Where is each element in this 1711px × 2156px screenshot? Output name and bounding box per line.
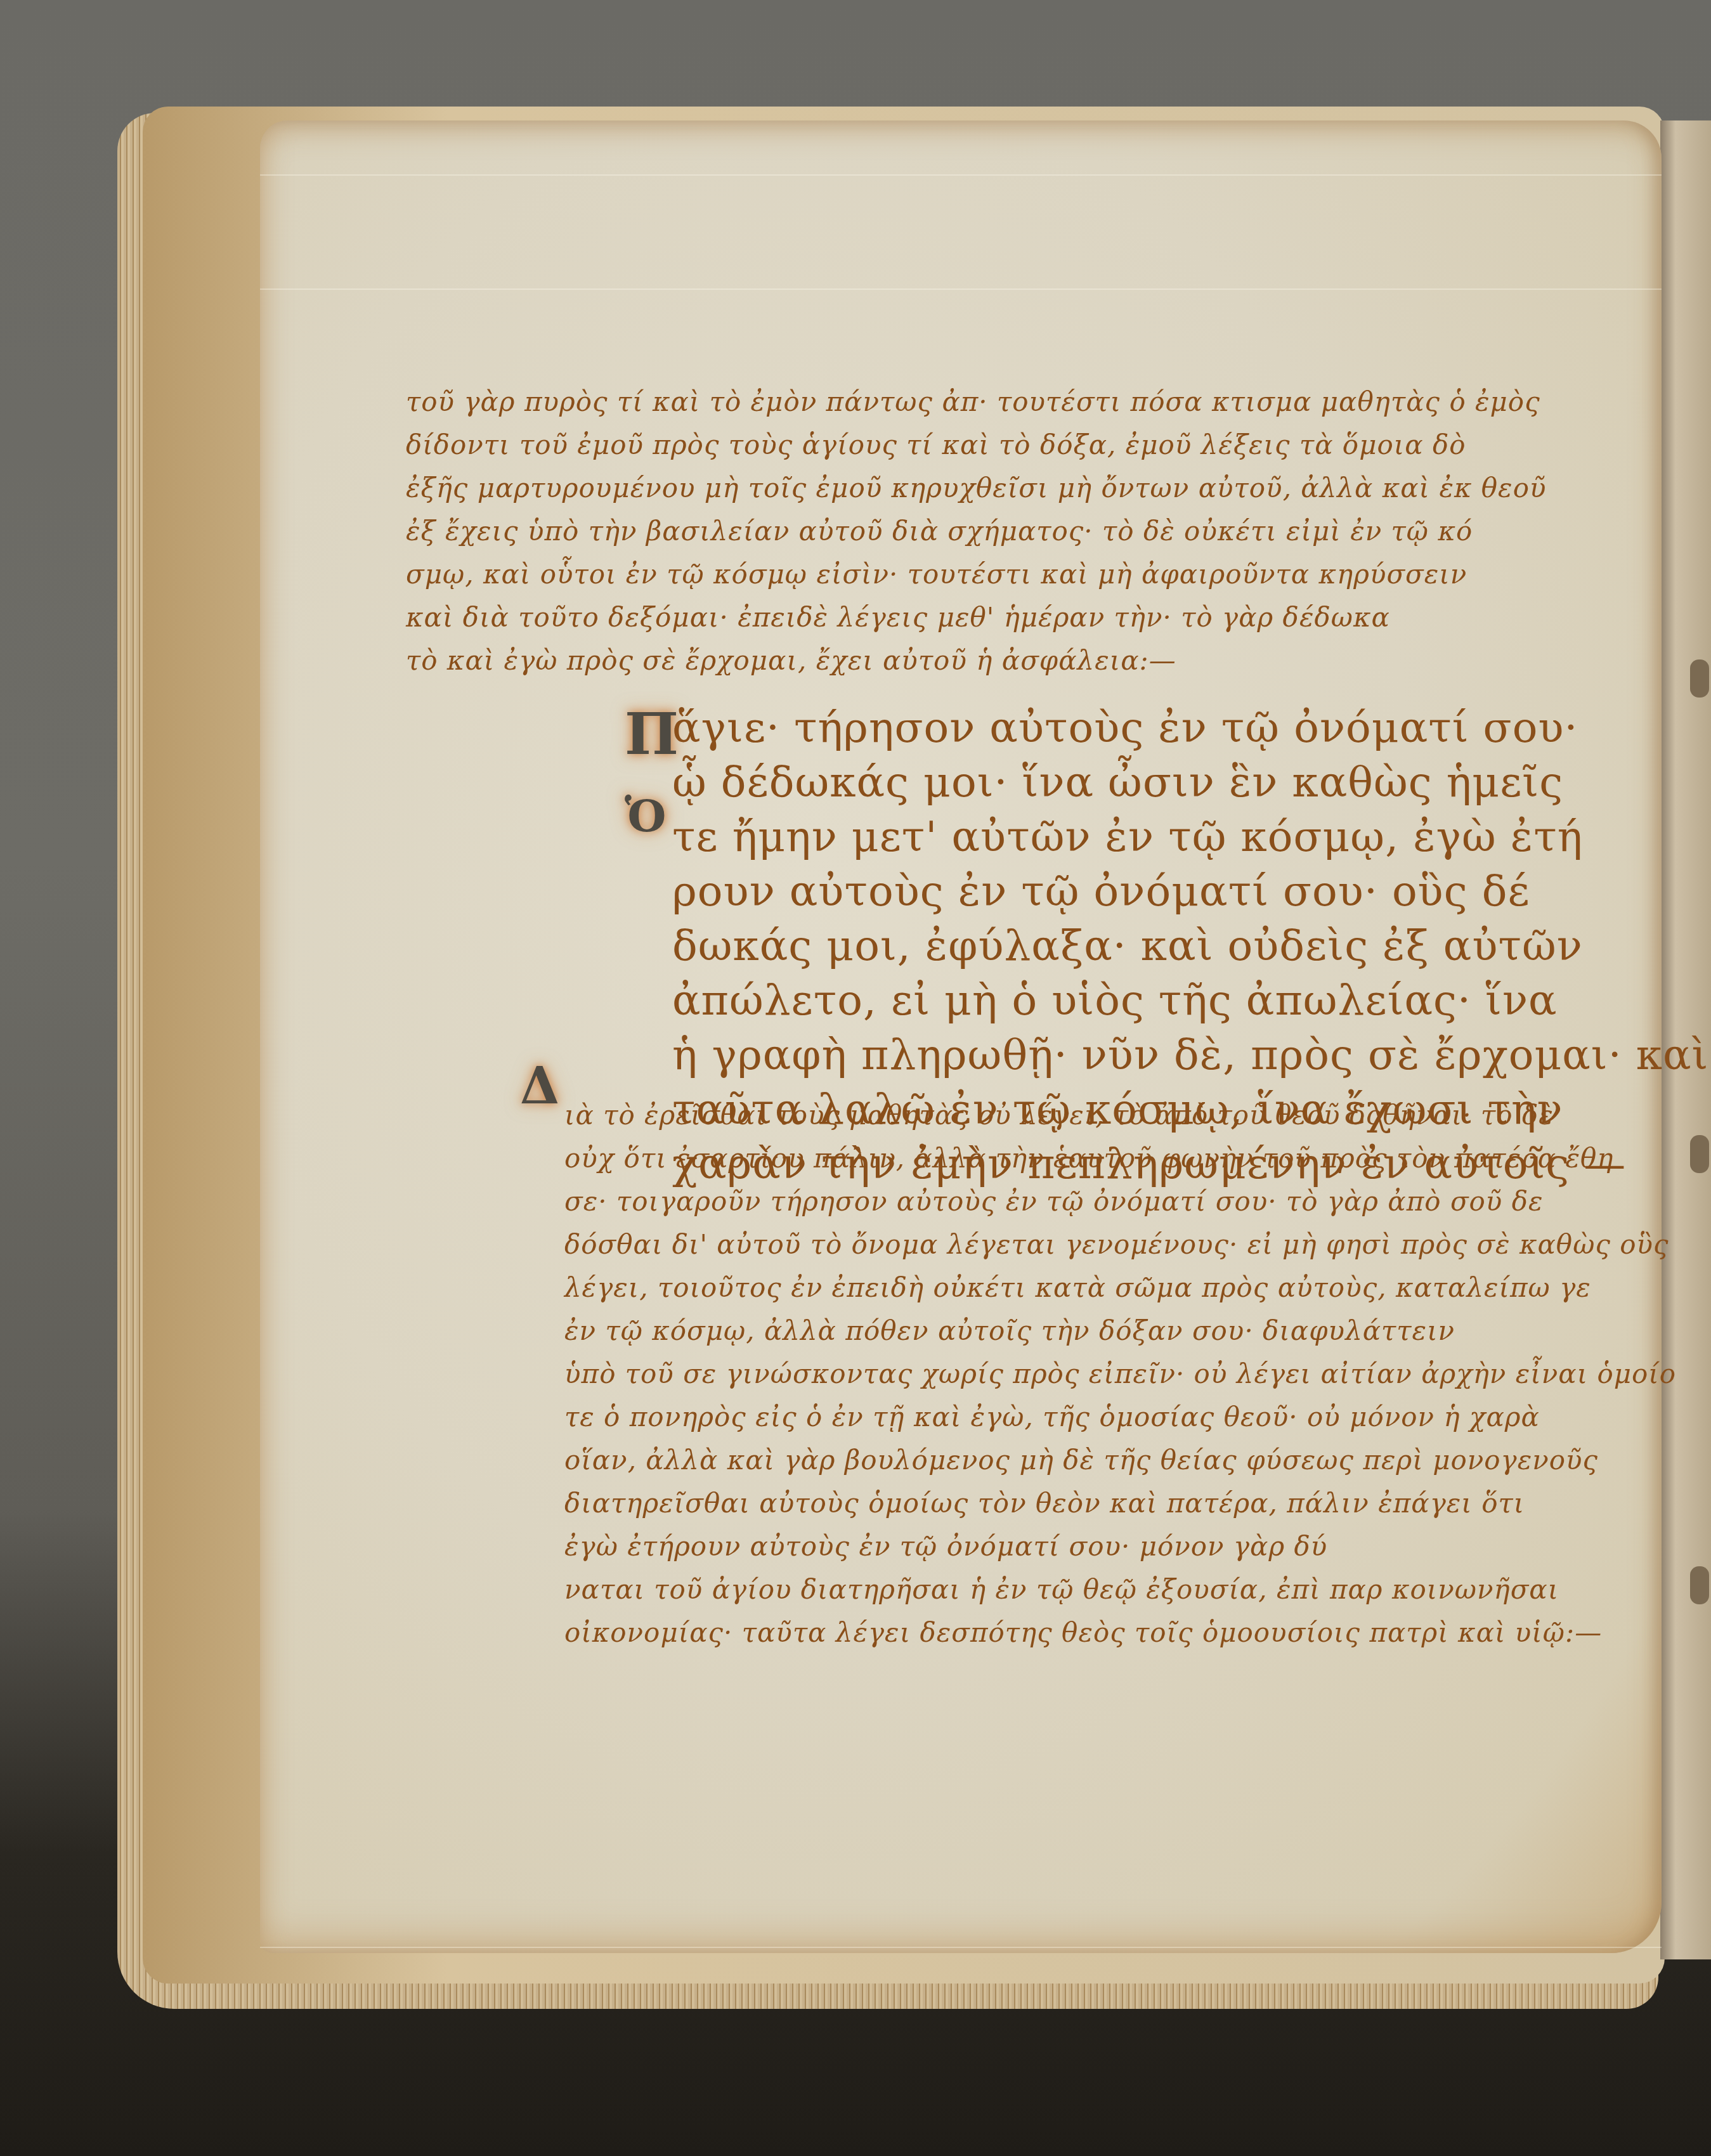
ruling-line [260, 1947, 1662, 1948]
commentary-top: τοῦ γὰρ πυρὸς τί καὶ τὸ ἐμὸν πάντως ἀπ· … [406, 380, 1376, 682]
commentary-bottom: ιὰ τὸ ἐρεῖσθαι τοὺς μαθητὰς οὐ λέγει, τὸ… [564, 1094, 1541, 1654]
text-line: ἐξ ἔχεις ὑπὸ τὴν βασιλείαν αὐτοῦ διὰ σχή… [406, 510, 1376, 553]
decorated-initial: Δ [520, 1056, 559, 1115]
text-line: ὑπὸ τοῦ σε γινώσκοντας χωρίς πρὸς εἰπεῖν… [564, 1353, 1541, 1396]
text-line: ἡ γραφὴ πληρωθῇ· νῦν δὲ, πρὸς σὲ ἔρχομαι… [672, 1028, 1560, 1082]
ruling-line [260, 174, 1662, 176]
text-line: ἐγὼ ἐτήρουν αὐτοὺς ἐν τῷ ὀνόματί σου· μό… [564, 1525, 1541, 1568]
ruling-line [260, 289, 1662, 290]
text-line: σε· τοιγαροῦν τήρησον αὐτοὺς ἐν τῷ ὀνόμα… [564, 1180, 1541, 1223]
text-line: τὸ καὶ ἐγὼ πρὸς σὲ ἔρχομαι, ἔχει αὐτοῦ ἡ… [406, 639, 1376, 682]
sewing-station [1690, 659, 1709, 698]
text-line: οὐχ ὅτι ἐσαρτίου πάλιν, ἀλλὰ τὴν ἑαυτοῦ … [564, 1137, 1541, 1180]
text-line: τε ἤμην μετ' αὐτῶν ἐν τῷ κόσμῳ, ἐγὼ ἐτή [672, 810, 1560, 864]
text-line: διατηρεῖσθαι αὐτοὺς ὁμοίως τὸν θεὸν καὶ … [564, 1482, 1541, 1525]
text-line: τε ὁ πονηρὸς εἰς ὁ ἐν τῇ καὶ ἐγὼ, τῆς ὁμ… [564, 1396, 1541, 1439]
text-line: καὶ διὰ τοῦτο δεξόμαι· ἐπειδὲ λέγεις μεθ… [406, 596, 1376, 639]
text-line: δίδοντι τοῦ ἐμοῦ πρὸς τοὺς ἁγίους τί καὶ… [406, 424, 1376, 467]
text-line: σμῳ, καὶ οὗτοι ἐν τῷ κόσμῳ εἰσὶν· τουτέσ… [406, 553, 1376, 596]
text-line: ἅγιε· τήρησον αὐτοὺς ἐν τῷ ὀνόματί σου· [672, 701, 1560, 755]
sewing-station [1690, 1135, 1709, 1173]
text-line: ιὰ τὸ ἐρεῖσθαι τοὺς μαθητὰς οὐ λέγει, τὸ… [564, 1094, 1541, 1137]
text-line: τοῦ γὰρ πυρὸς τί καὶ τὸ ἐμὸν πάντως ἀπ· … [406, 380, 1376, 424]
text-line: ἐξῆς μαρτυρουμένου μὴ τοῖς ἐμοῦ κηρυχθεῖ… [406, 467, 1376, 510]
text-line: οἰκονομίας· ταῦτα λέγει δεσπότης θεὸς το… [564, 1611, 1541, 1654]
text-line: ᾧ δέδωκάς μοι· ἵνα ὦσιν ἓν καθὼς ἡμεῖς [672, 755, 1560, 810]
text-line: ναται τοῦ ἀγίου διατηρῆσαι ἡ ἐν τῷ θεῷ ἐ… [564, 1568, 1541, 1611]
text-line: ρουν αὐτοὺς ἐν τῷ ὀνόματί σου· οὓς δέ [672, 864, 1560, 919]
text-line: οἵαν, ἀλλὰ καὶ γὰρ βουλόμενος μὴ δὲ τῆς … [564, 1439, 1541, 1482]
text-line: ἀπώλετο, εἰ μὴ ὁ υἱὸς τῆς ἀπωλείας· ἵνα [672, 973, 1560, 1028]
sewing-station [1690, 1566, 1709, 1604]
decorated-initial: Ὁ [625, 789, 666, 842]
text-line: λέγει, τοιοῦτος ἐν ἐπειδὴ οὐκέτι κατὰ σῶ… [564, 1266, 1541, 1309]
decorated-initial: Π [625, 701, 679, 768]
text-line: δόσθαι δι' αὐτοῦ τὸ ὄνομα λέγεται γενομέ… [564, 1223, 1541, 1266]
text-line: δωκάς μοι, ἐφύλαξα· καὶ οὐδεὶς ἐξ αὐτῶν [672, 919, 1560, 973]
text-line: ἐν τῷ κόσμῳ, ἀλλὰ πόθεν αὐτοῖς τὴν δόξαν… [564, 1309, 1541, 1353]
